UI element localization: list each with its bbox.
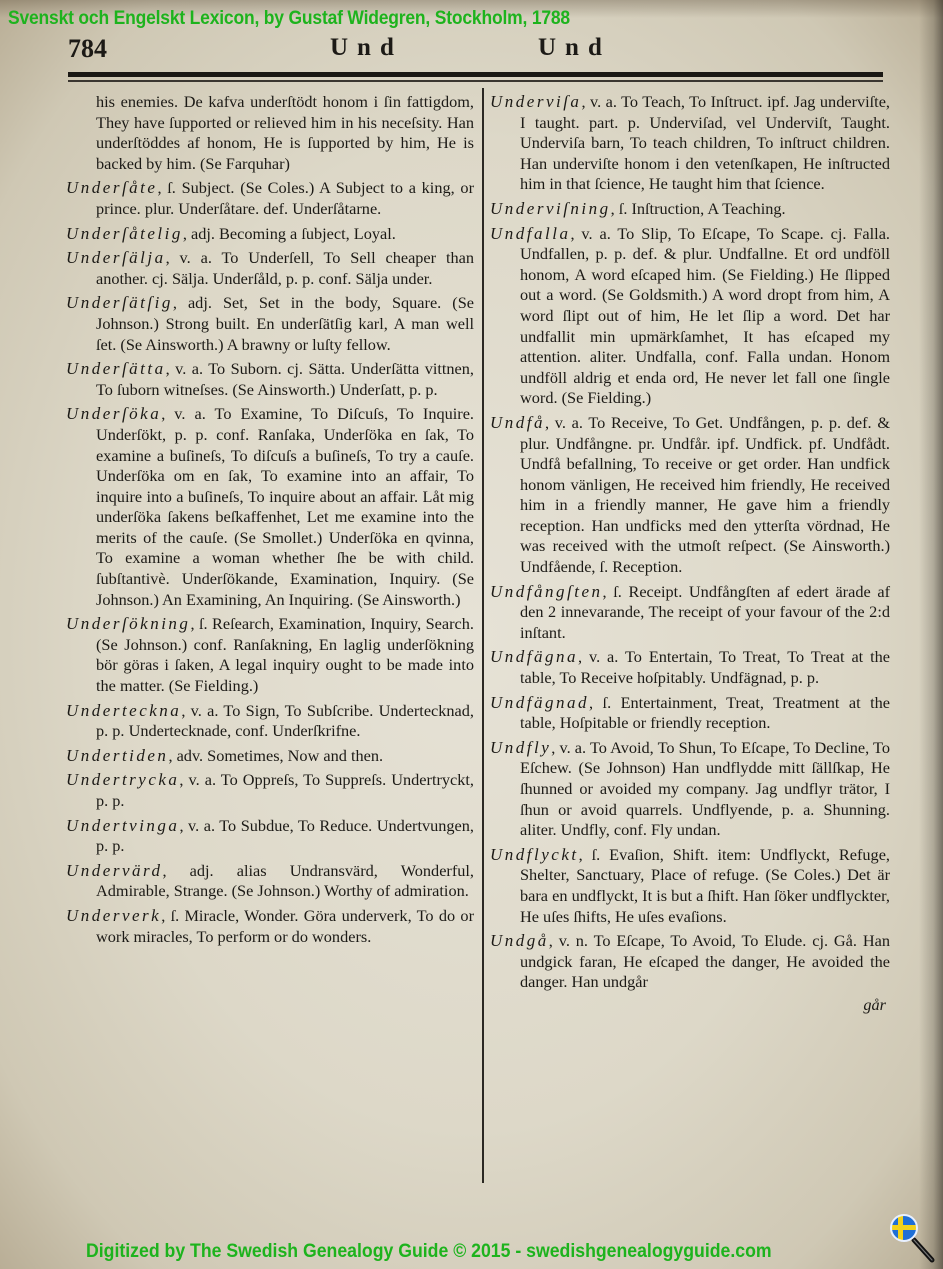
headword: Underſälja [66,248,166,267]
definition-text: , ſ. Inſtruction, A Teaching. [611,199,786,218]
dictionary-entry: Undervärd, adj. alias Undransvärd, Wonde… [66,861,474,902]
headword: Underſätſig [66,293,173,312]
headword: Undertiden [66,746,168,765]
dictionary-entry: Underſåte, ſ. Subject. (Se Coles.) A Sub… [66,178,474,219]
dictionary-entry: Underviſning, ſ. Inſtruction, A Teaching… [490,199,890,220]
dictionary-entry: Underſöka, v. a. To Examine, To Diſcuſs,… [66,404,474,610]
dictionary-entry: Undfägna, v. a. To Entertain, To Treat, … [490,647,890,688]
headword: Undgå [490,931,549,950]
headword: Underviſning [490,199,611,218]
dictionary-entry: Undgå, v. n. To Eſcape, To Avoid, To Elu… [490,931,890,993]
dictionary-entry: Undfalla, v. a. To Slip, To Eſcape, To S… [490,224,890,409]
headword: Underſåte [66,178,157,197]
definition-text: , v. a. To Slip, To Eſcape, To Scape. cj… [520,224,890,408]
dictionary-entry: Underſätſig, adj. Set, Set in the body, … [66,293,474,355]
headword: Undervärd [66,861,162,880]
left-column: his enemies. De kafva underſtödt honom i… [66,92,474,951]
headword: Undfägnad [490,693,589,712]
headword: Undfå [490,413,545,432]
dictionary-entry: Underſåtelig, adj. Becoming a ſubject, L… [66,224,474,245]
column-divider [482,88,484,1183]
dictionary-entry: Underverk, ſ. Miracle, Wonder. Göra unde… [66,906,474,947]
running-head: 784 Und Und [68,34,928,64]
headword: Undfägna [490,647,578,666]
headword: Underſåtelig [66,224,183,243]
page-shadow-right [919,0,943,1269]
dictionary-entry: Underſälja, v. a. To Underſell, To Sell … [66,248,474,289]
left-entries: Underſåte, ſ. Subject. (Se Coles.) A Sub… [66,178,474,947]
catchword: går [490,995,890,1016]
dictionary-entry: Undertvinga, v. a. To Subdue, To Reduce.… [66,816,474,857]
running-head-left: Und [330,34,403,62]
digitizer-credit: Digitized by The Swedish Genealogy Guide… [86,1241,772,1263]
definition-text: , v. a. To Examine, To Diſcuſs, To Inqui… [96,404,474,608]
running-head-right: Und [538,34,611,62]
definition-text: , adv. Sometimes, Now and then. [168,746,383,765]
dictionary-entry: Undertrycka, v. a. To Oppreſs, To Suppre… [66,770,474,811]
headword: Underſätta [66,359,166,378]
definition-text: , adj. Becoming a ſubject, Loyal. [183,224,396,243]
headword: Undfalla [490,224,570,243]
headword: Underviſa [490,92,581,111]
header-rule-thin [68,80,883,82]
dictionary-entry: Underviſa, v. a. To Teach, To Inſtruct. … [490,92,890,195]
source-banner: Svenskt och Engelskt Lexicon, by Gustaf … [8,8,570,30]
continuation-text: his enemies. De kafva underſtödt honom i… [66,92,474,174]
headword: Underſökning [66,614,190,633]
dictionary-entry: Undfå, v. a. To Receive, To Get. Undfång… [490,413,890,578]
dictionary-entry: Undertiden, adv. Sometimes, Now and then… [66,746,474,767]
swedish-flag-magnifier-icon [888,1212,938,1264]
dictionary-entry: Undfly, v. a. To Avoid, To Shun, To Eſca… [490,738,890,841]
headword: Underverk [66,906,161,925]
page-number: 784 [68,34,107,64]
header-rule [68,72,883,77]
right-entries: Underviſa, v. a. To Teach, To Inſtruct. … [490,92,890,1016]
definition-text: , v. a. To Receive, To Get. Undfången, p… [520,413,890,576]
dictionary-entry: Undflyckt, ſ. Evaſion, Shift. item: Undf… [490,845,890,927]
headword: Underſöka [66,404,161,423]
dictionary-entry: Underſätta, v. a. To Suborn. cj. Sätta. … [66,359,474,400]
headword: Underteckna [66,701,181,720]
headword: Undfångſten [490,582,603,601]
dictionary-entry: Underteckna, v. a. To Sign, To Subſcribe… [66,701,474,742]
headword: Undertvinga [66,816,179,835]
dictionary-entry: Undfägnad, ſ. Entertainment, Treat, Trea… [490,693,890,734]
headword: Undertrycka [66,770,179,789]
dictionary-entry: Undfångſten, ſ. Receipt. Undfångſten af … [490,582,890,644]
headword: Undfly [490,738,551,757]
definition-text: , v. a. To Avoid, To Shun, To Eſcape, To… [520,738,890,839]
dictionary-entry: Underſökning, ſ. Reſearch, Examination, … [66,614,474,696]
headword: Undflyckt [490,845,579,864]
definition-text: , v. n. To Eſcape, To Avoid, To Elude. c… [520,931,890,991]
right-column: Underviſa, v. a. To Teach, To Inſtruct. … [490,92,890,1016]
